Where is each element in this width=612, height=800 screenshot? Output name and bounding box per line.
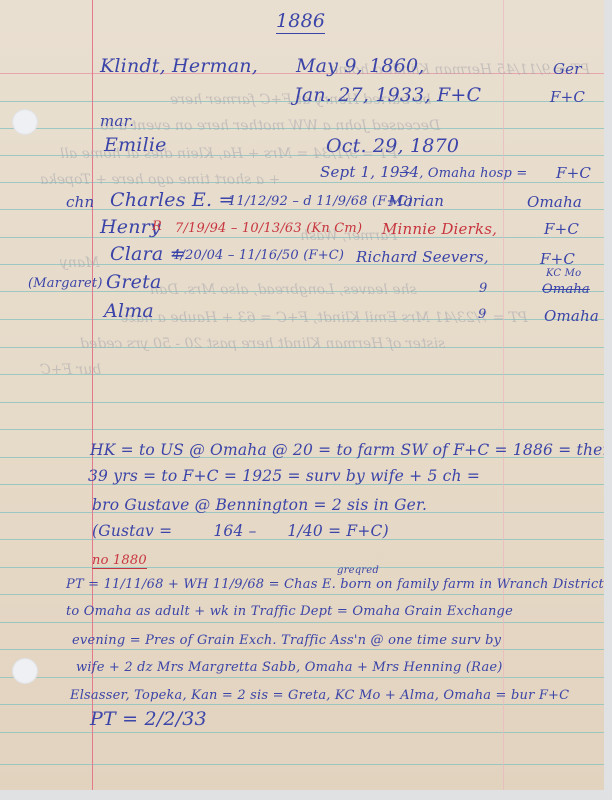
bleed-through-text: + a short time ago here + Topeka [40,172,280,188]
spouse-death-corrected-digit: 4 [409,163,419,181]
rule-line [0,622,604,623]
spouse-death-struck-digit: 3 [400,163,410,181]
child-dates: 11/12/92 – d 11/9/68 (F+C) [228,194,413,209]
child-residence: Omaha [544,307,599,325]
obituary-line: evening = Pres of Grain Exch. Traffic As… [72,633,501,648]
obituary-date: PT = 2/2/33 [90,708,207,730]
obituary-line: to Omaha as adult + wk in Traffic Dept =… [66,604,513,619]
residence: F+C [550,88,585,106]
rule-line [0,567,604,568]
children-label: chn [66,193,94,211]
rule-line [0,594,604,595]
page-year: 1886 [276,10,325,34]
spouse-death-prefix: Sept 1, 19 [320,163,400,181]
rule-line [0,677,604,678]
spouse-birth-date: Oct. 29, 1870 [326,135,459,157]
married-label: mar. [100,112,134,130]
child-dates: 4/20/04 – 11/16/50 (F+C) [172,248,344,263]
child-residence: F+C [544,220,579,238]
note-line: bro Gustave @ Bennington = 2 sis in Ger. [92,496,427,514]
obituary-line: wife + 2 dz Mrs Margretta Sabb, Omaha + … [76,660,503,675]
child-residence-corrected: KC Mo [546,268,581,279]
child-name: Greta [106,271,161,293]
birth-date: May 9, 1860, [296,55,425,77]
spouse-death-line: Sept 1, 1934, Omaha hosp = [320,163,528,181]
note-line: 39 yrs = to F+C = 1925 = surv by wife + … [88,467,480,485]
child-residence-struck: Omaha [542,282,590,297]
child-spouse: Minnie Dierks, [382,220,497,238]
child-mark: 9 [478,307,486,322]
rule-line [0,732,604,733]
child-residence: Omaha [527,193,582,211]
child-mark: 9 [479,281,487,296]
child-alias: (Margaret) [28,276,103,291]
punch-hole [12,109,38,135]
note-line: (Gustav = 164 – 1/40 = F+C) [92,522,389,540]
child-dates: 7/19/94 – 10/13/63 (Kn Cm) [175,221,362,236]
child-name: Charles E. = [110,189,235,211]
bleed-through-text: sister of Herman Klindt here past 20 - 5… [80,336,445,352]
punch-hole [12,658,38,684]
spouse-residence: F+C [556,164,591,182]
person-name: Klindt, Herman, [100,55,258,77]
child-residence: F+C [540,250,575,268]
rule-line [0,402,604,403]
death-date: Jan. 27, 1933, F+C [294,84,481,106]
ledger-page: PT = 9/11/45 Herman Klindt d home be bur… [0,0,604,790]
census-note: no 1880 [92,553,147,569]
rule-line [0,429,604,430]
bleed-through-text: bur F+C [40,362,101,378]
bleed-through-text: PT = 7/23/41 Mrs Emil Klindt, F+C = 63 +… [120,310,528,326]
rule-line [0,704,604,705]
rule-line [0,764,604,765]
child-name: Alma [104,300,154,322]
child-initial: R [152,219,162,234]
right-margin-line [503,0,504,790]
bleed-through-text: Deceased John a WW mother here on event … [100,118,440,134]
bleed-through-text: she leaves, Longbread, also Mrs. Dan [150,282,417,298]
child-spouse: Marian [388,192,444,210]
spouse-name: Emilie [104,134,167,156]
origin-country: Ger [553,60,582,78]
child-spouse: Richard Seevers, [356,248,489,266]
spouse-death-place: , Omaha hosp = [419,166,527,181]
bleed-through-text: Many [60,255,100,271]
obituary-line: PT = 11/11/68 + WH 11/9/68 = Chas E. bor… [66,577,604,592]
obituary-line: Elsasser, Topeka, Kan = 2 sis = Greta, K… [70,688,569,703]
obituary-superscript: greqred [337,565,379,576]
rule-line [0,649,604,650]
note-line: HK = to US @ Omaha @ 20 = to farm SW of … [90,441,604,459]
